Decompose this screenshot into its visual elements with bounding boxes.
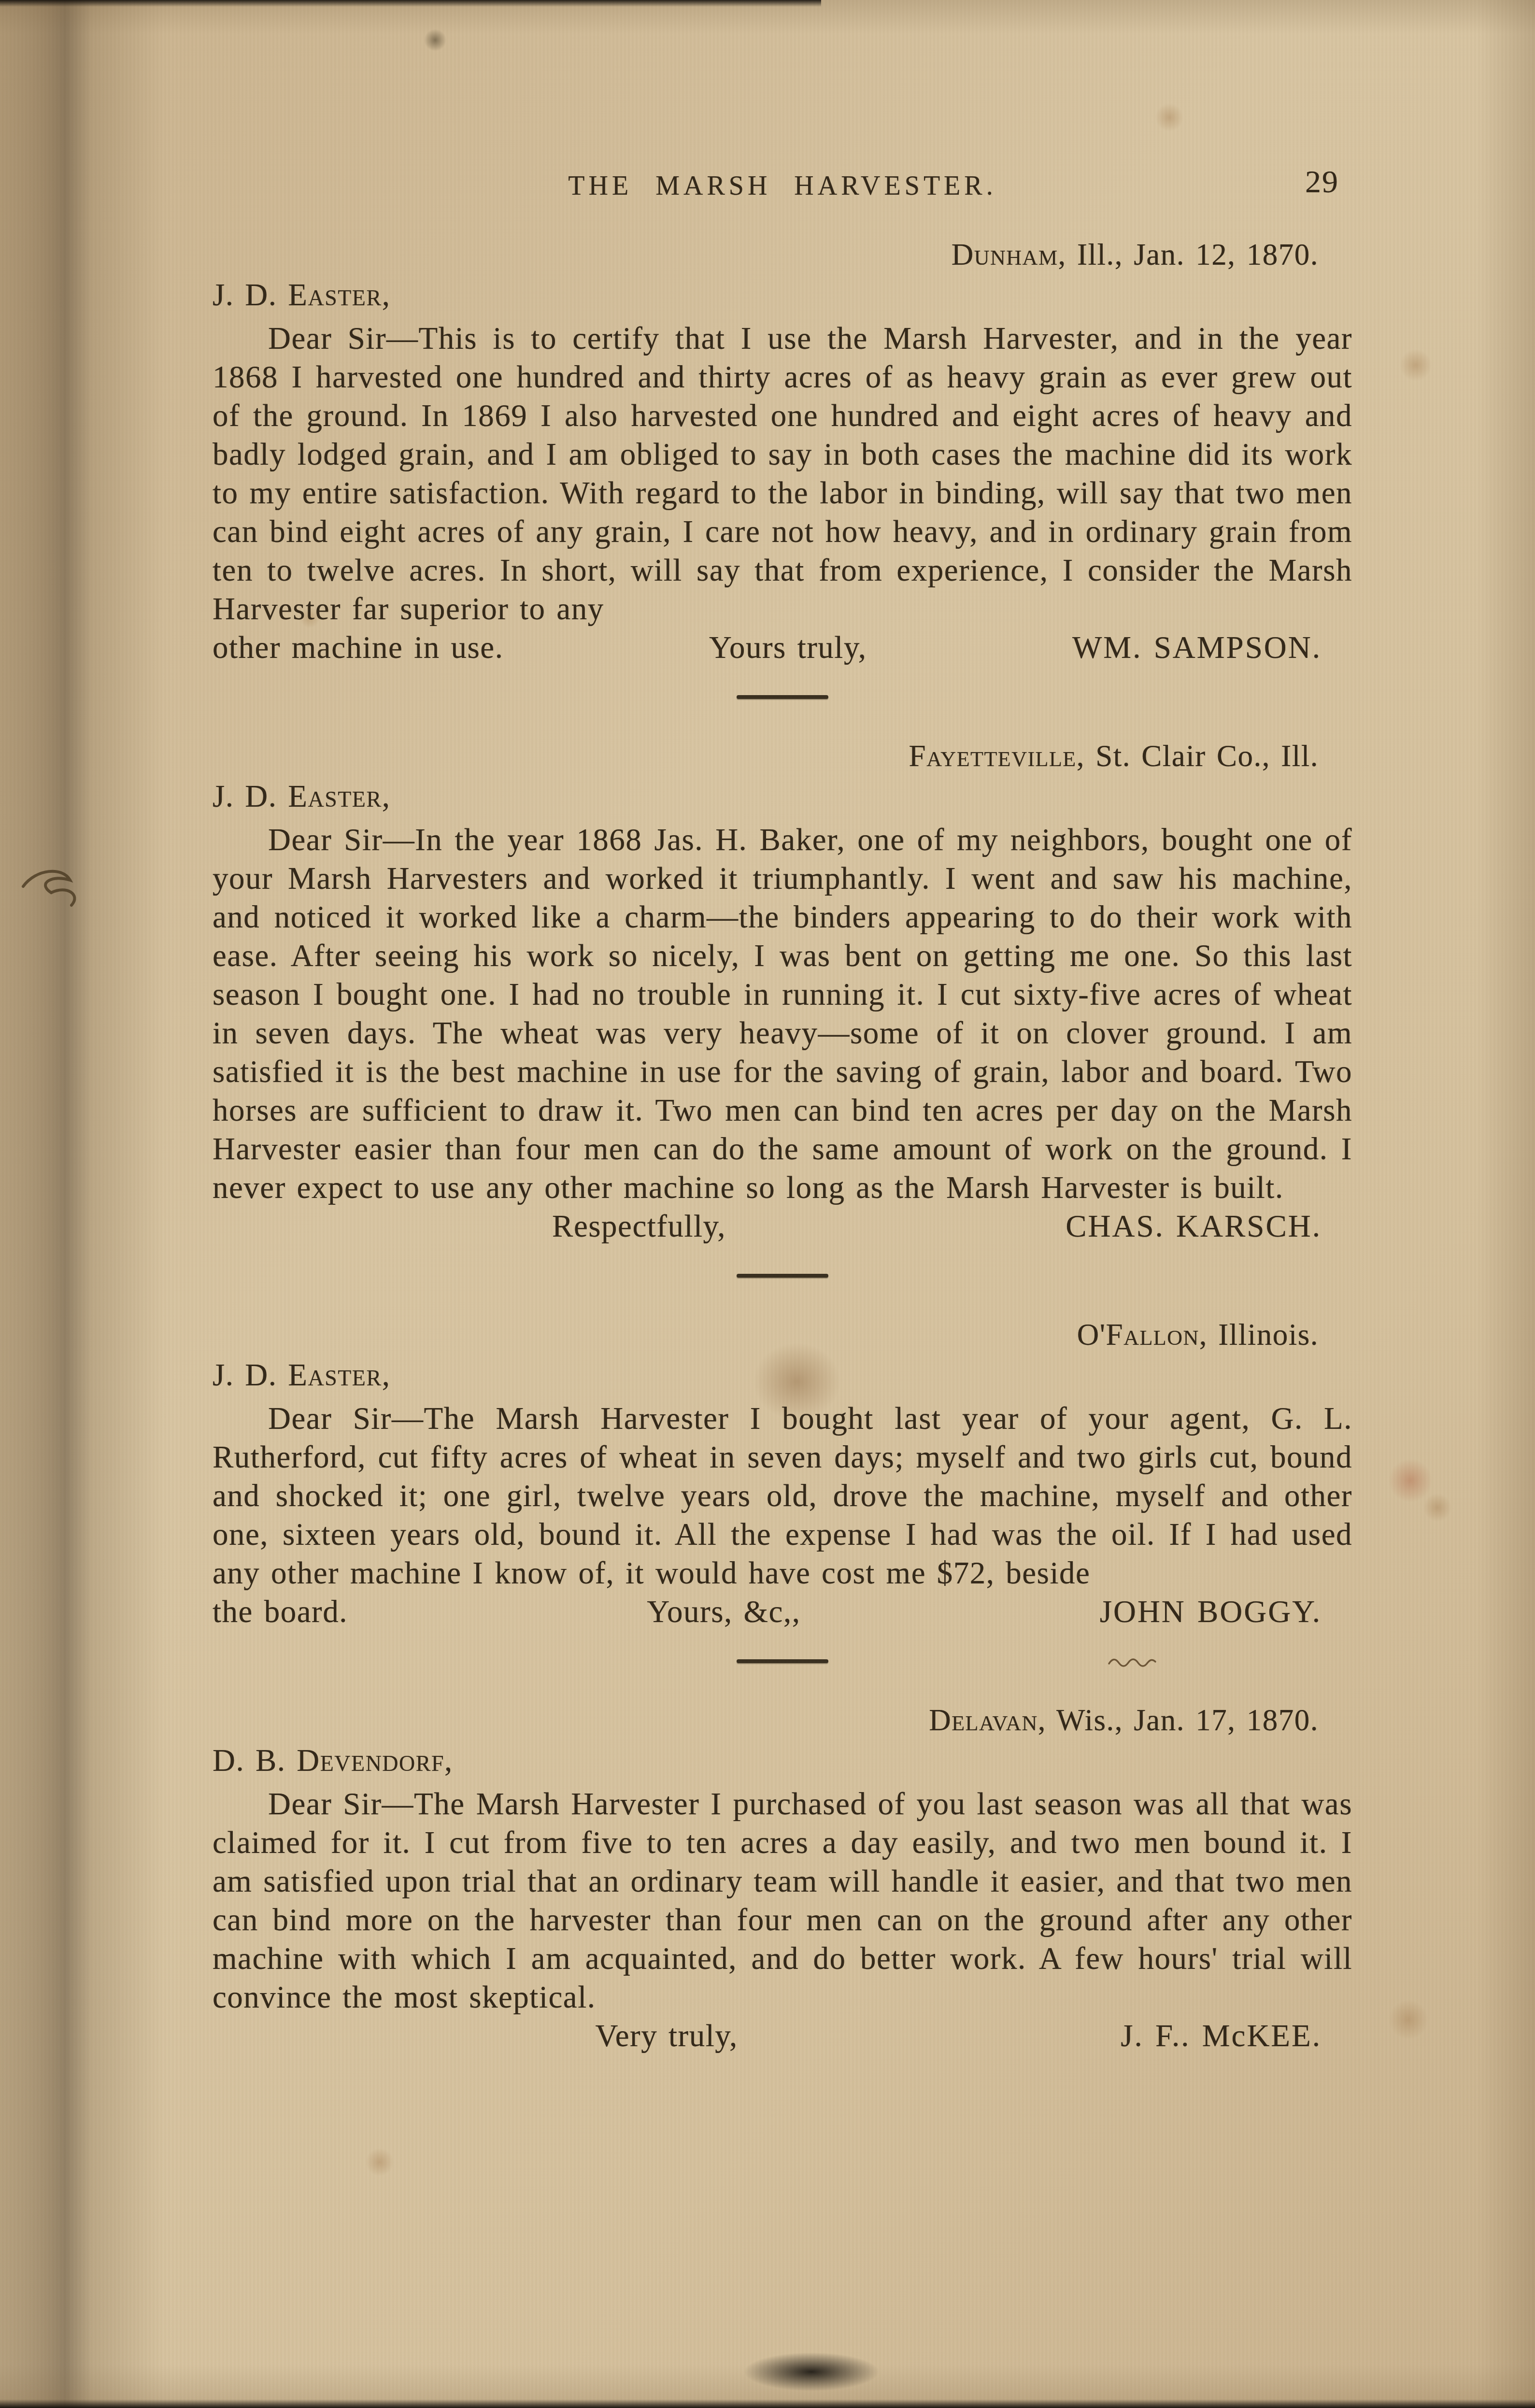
letter-dateline: Fayetteville, St. Clair Co., Ill. <box>213 737 1352 775</box>
letter-body: Dear Sir—This is to certify that I use t… <box>213 319 1352 628</box>
paper-stain <box>366 2148 394 2176</box>
dateline-place: Fayetteville <box>909 739 1077 773</box>
paper-stain <box>1389 1459 1432 1502</box>
page-header: THE MARSH HARVESTER. 29 <box>213 167 1352 205</box>
letter-salutation: D. B. Devendorf, <box>213 1741 1352 1780</box>
letter-signature: JOHN BOGGY. <box>1100 1593 1352 1631</box>
salutation-initials: D. B. <box>213 1743 297 1778</box>
scan-edge-blob <box>744 2352 879 2391</box>
paper-stain <box>1423 1494 1451 1522</box>
paper-stain <box>1389 2000 1428 2039</box>
salutation-name: Easter <box>288 1358 382 1393</box>
salutation-initials: J. D. <box>213 779 288 814</box>
letter-signature: J. F.. McKEE. <box>1121 2017 1352 2055</box>
dateline-rest: , Illinois. <box>1199 1318 1319 1352</box>
salutation-comma: , <box>382 278 391 313</box>
letter-signature: CHAS. KARSCH. <box>1066 1207 1352 1246</box>
letter-body: Dear Sir—The Marsh Harvester I bought la… <box>213 1399 1352 1593</box>
dateline-rest: , St. Clair Co., Ill. <box>1077 739 1319 773</box>
running-title: THE MARSH HARVESTER. <box>213 167 1352 205</box>
letter-mckee: Delavan, Wis., Jan. 17, 1870. D. B. Deve… <box>213 1701 1352 2055</box>
letter-signature-row: the board. Yours, &c,, JOHN BOGGY. <box>213 1593 1352 1631</box>
letter-dateline: Delavan, Wis., Jan. 17, 1870. <box>213 1701 1352 1739</box>
salutation-comma: , <box>382 1358 391 1393</box>
dateline-place: Dunham <box>952 238 1058 271</box>
salutation-initials: J. D. <box>213 1358 288 1393</box>
salutation-comma: , <box>382 779 391 814</box>
section-divider <box>737 695 828 699</box>
section-divider <box>737 1274 828 1278</box>
letter-signature-row: Very truly, J. F.. McKEE. <box>213 2017 1352 2055</box>
book-gutter-shadow <box>0 0 174 2408</box>
dateline-rest: , Ill., Jan. 12, 1870. <box>1058 238 1319 271</box>
salutation-name: Devendorf <box>297 1743 444 1778</box>
letter-closing: Yours, &c,, <box>647 1593 800 1631</box>
letter-body: Dear Sir—In the year 1868 Jas. H. Baker,… <box>213 821 1352 1207</box>
section-divider <box>737 1659 828 1663</box>
letter-karsch: Fayetteville, St. Clair Co., Ill. J. D. … <box>213 737 1352 1246</box>
letter-dateline: O'Fallon, Illinois. <box>213 1315 1352 1354</box>
letter-body-tail: other machine in use. <box>213 628 503 667</box>
page-left-edge <box>0 0 72 2408</box>
paper-stain <box>1400 349 1432 381</box>
letter-body-tail: the board. <box>213 1593 348 1631</box>
letter-closing: Yours truly, <box>709 628 867 667</box>
letter-salutation: J. D. Easter, <box>213 276 1352 314</box>
letter-sampson: Dunham, Ill., Jan. 12, 1870. J. D. Easte… <box>213 235 1352 667</box>
scan-edge-bottom <box>0 2399 1535 2408</box>
scanned-book-page: THE MARSH HARVESTER. 29 Dunham, Ill., Ja… <box>0 0 1535 2408</box>
salutation-name: Easter <box>288 779 382 814</box>
letter-boggy: O'Fallon, Illinois. J. D. Easter, Dear S… <box>213 1315 1352 1631</box>
letter-signature: WM. SAMPSON. <box>1072 628 1352 667</box>
dateline-place: Delavan <box>929 1703 1038 1737</box>
salutation-initials: J. D. <box>213 278 288 313</box>
letter-signature-row: other machine in use. Yours truly, WM. S… <box>213 628 1352 667</box>
letter-closing: Very truly, <box>595 2017 738 2055</box>
letter-dateline: Dunham, Ill., Jan. 12, 1870. <box>213 235 1352 274</box>
letter-signature-row: Respectfully, CHAS. KARSCH. <box>213 1207 1352 1246</box>
text-column: THE MARSH HARVESTER. 29 Dunham, Ill., Ja… <box>213 0 1352 2055</box>
page-right-edge <box>1477 0 1535 2408</box>
salutation-name: Easter <box>288 278 382 313</box>
page-number: 29 <box>1305 163 1339 201</box>
binding-thread <box>19 865 87 923</box>
salutation-comma: , <box>444 1743 453 1778</box>
dateline-rest: , Wis., Jan. 17, 1870. <box>1038 1703 1319 1737</box>
letter-salutation: J. D. Easter, <box>213 1356 1352 1395</box>
page-bottom-shading <box>0 2365 1535 2408</box>
dateline-place: O'Fallon <box>1077 1318 1199 1352</box>
letter-closing: Respectfully, <box>552 1207 726 1246</box>
letter-body: Dear Sir—The Marsh Harvester I purchased… <box>213 1785 1352 2017</box>
letter-salutation: J. D. Easter, <box>213 777 1352 816</box>
